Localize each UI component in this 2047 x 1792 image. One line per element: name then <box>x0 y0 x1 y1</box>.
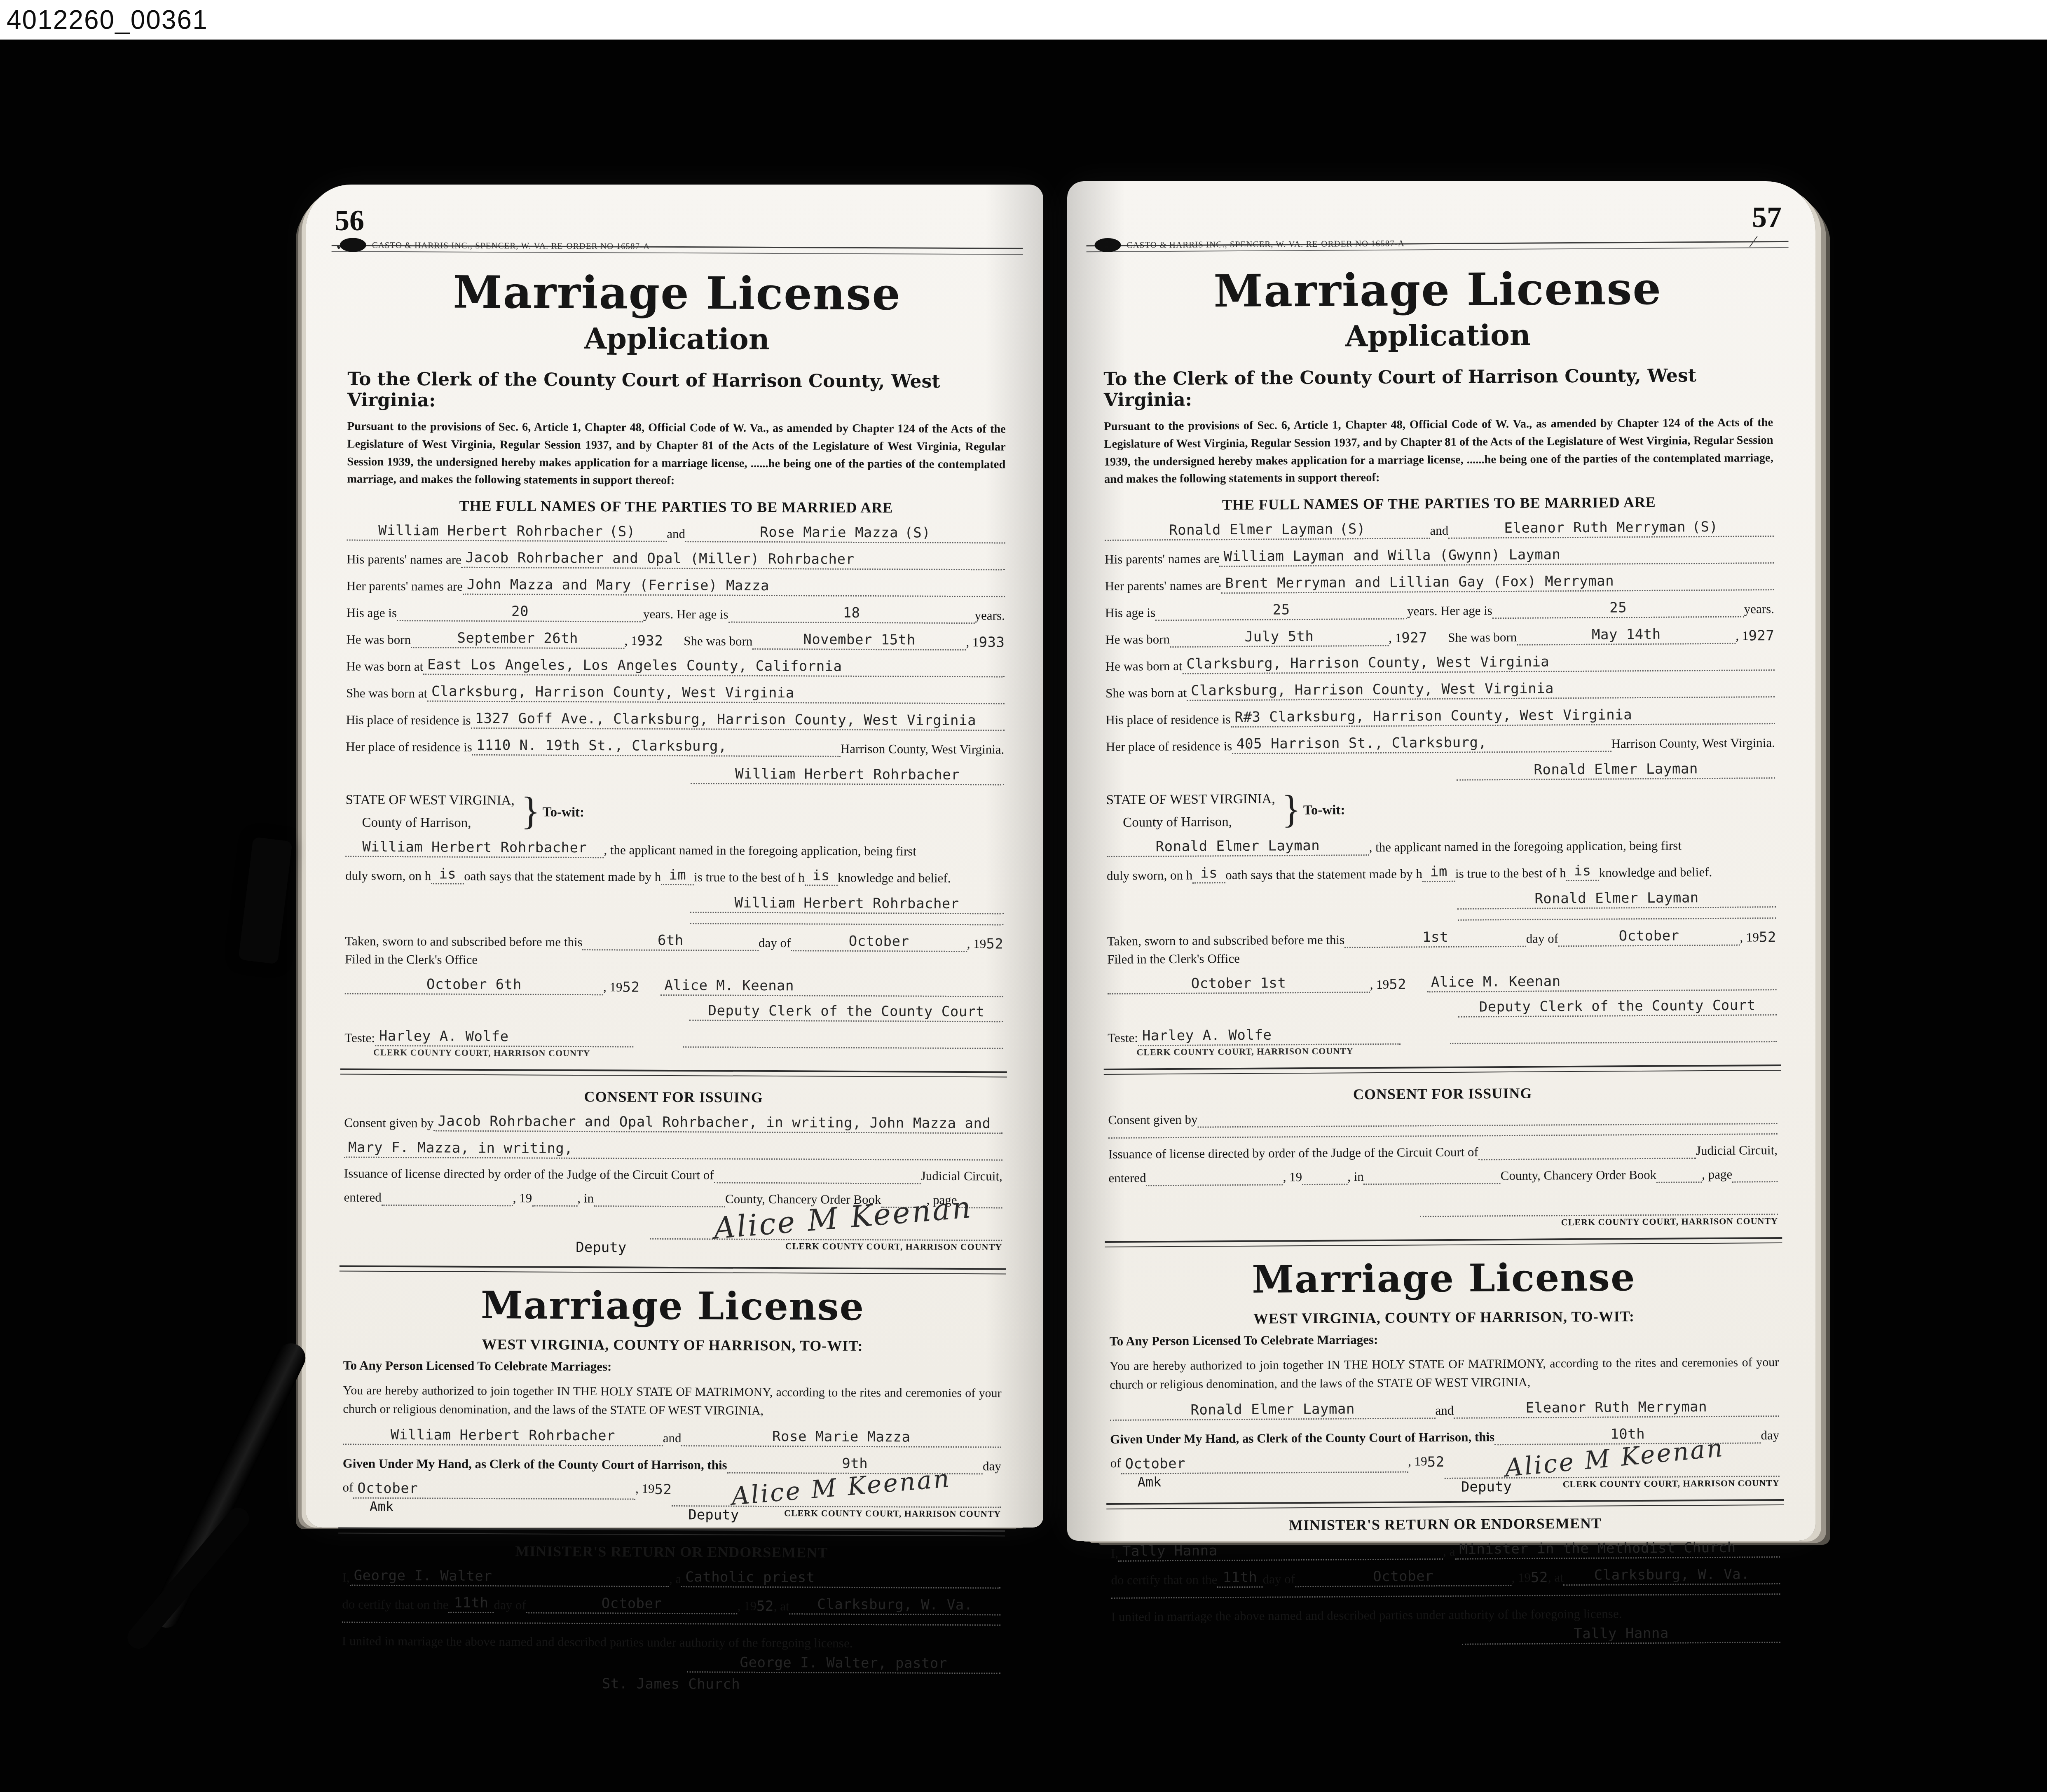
bride-status: (S) <box>904 524 930 541</box>
certify-month: October <box>602 1595 662 1612</box>
certify-month: October <box>1373 1568 1433 1585</box>
clerk-county-small-3: CLERK COUNTY COURT, HARRISON COUNTY <box>784 1508 1001 1524</box>
consent-field-1 <box>1198 1122 1778 1128</box>
she-born-year: 933 <box>979 634 1005 650</box>
she-born-date: May 14th <box>1592 626 1661 643</box>
printed-1: , 1 <box>1389 631 1401 646</box>
her-residence-field: 405 Harrison St., Clarksburg, <box>1232 733 1611 754</box>
page-content: CASTO & HARRIS INC., SPENCER, W. VA. RE-… <box>342 245 1006 1513</box>
she-born-date: November 15th <box>803 631 916 648</box>
license-subhead: WEST VIRGINIA, COUNTY OF HARRISON, TO-WI… <box>1109 1307 1778 1328</box>
years-label: years. <box>975 608 1005 624</box>
clerk-address-r: To the Clerk of the County Court of Harr… <box>1103 365 1773 411</box>
binder-clip-object <box>238 837 293 964</box>
printed-19e: , 19 <box>1511 1570 1531 1586</box>
sworn-prefix: duly sworn, on h <box>1107 868 1193 884</box>
blank-line <box>690 922 1004 925</box>
his-parents-value: William Layman and Willa (Gwynn) Layman <box>1223 546 1560 565</box>
license-groom: Ronald Elmer Layman <box>1190 1401 1355 1418</box>
license-title: Marriage License <box>343 1282 1002 1330</box>
bride-status: (S) <box>1692 519 1718 535</box>
his-parents-field: William Layman and Willa (Gwynn) Layman <box>1219 545 1774 567</box>
parties-row: William Herbert Rohrbacher (S) and Rose … <box>347 522 1005 544</box>
consent-row-1: Consent given by <box>1108 1109 1777 1128</box>
clerk-name-field: Alice M. Keenan <box>1427 972 1777 992</box>
certify-place-field: Clarksburg, W. Va. <box>789 1596 1001 1615</box>
his-age-value: 20 <box>511 603 529 620</box>
entered-label: entered <box>344 1190 382 1206</box>
in-label: , in <box>577 1191 594 1207</box>
given-year: 52 <box>1427 1454 1445 1470</box>
printed-19d: , 19 <box>635 1481 655 1497</box>
printed-19d: , 19 <box>1408 1454 1427 1469</box>
sworn-fill-3: is <box>1566 863 1599 881</box>
section-divider <box>1104 1064 1781 1075</box>
printed-19b: , 19 <box>603 980 623 995</box>
clerk-title-row: Deputy Clerk of the County Court <box>1108 997 1777 1020</box>
day-label: day <box>1761 1428 1779 1443</box>
sworn-im: im <box>1430 863 1447 880</box>
deputy-label: Deputy <box>576 1239 626 1256</box>
given-label: Given Under My Hand, as Clerk of the Cou… <box>343 1456 727 1474</box>
sworn-fill-3: is <box>805 867 838 886</box>
in-label: , in <box>1347 1169 1364 1185</box>
his-parents-label: His parents' names are <box>347 552 461 568</box>
given-day: 10th <box>1610 1426 1645 1443</box>
brace-glyph: } <box>521 793 540 831</box>
her-age-field: 25 <box>1492 599 1744 619</box>
filed-label-row: Filed in the Clerk's Office <box>345 952 1003 971</box>
sworn-fill-1: is <box>1192 865 1225 883</box>
his-residence-row: His place of residence is R#3 Clarksburg… <box>1105 706 1775 728</box>
groom-status: (S) <box>609 523 635 540</box>
book-field <box>1656 1181 1702 1183</box>
taken-day-field: 6th <box>583 932 759 951</box>
residence-signature-row: William Herbert Rohrbacher <box>346 764 1004 786</box>
clerk-name: Alice M. Keenan <box>1431 973 1561 990</box>
he-born-at-label: He was born at <box>346 659 423 675</box>
he-born-at-row: He was born at Clarksburg, Harrison Coun… <box>1105 652 1775 675</box>
sworn-mid-2: is true to the best of h <box>1455 866 1566 882</box>
he-born-date: July 5th <box>1245 628 1314 645</box>
authorize-paragraph: You are hereby authorized to join togeth… <box>343 1381 1001 1421</box>
his-parents-row: His parents' names are William Layman an… <box>1105 545 1774 568</box>
certify-year: 52 <box>756 1598 774 1614</box>
consent-value-2: Mary F. Mazza, in writing, <box>348 1139 573 1157</box>
residence-suffix: Harrison County, West Virginia. <box>841 742 1005 758</box>
teste-label: Teste: <box>344 1031 375 1046</box>
license-groom: William Herbert Rohrbacher <box>391 1427 615 1444</box>
consent-heading: CONSENT FOR ISSUING <box>1108 1083 1777 1104</box>
certify-day-field: 11th <box>1217 1569 1262 1588</box>
entered-county-field <box>594 1205 725 1207</box>
filed-date-field: October 6th <box>345 976 603 996</box>
day-of-label: day of <box>759 936 791 951</box>
her-age-label: years. Her age is <box>643 607 728 623</box>
minister-row: I, George I. Walter , a Catholic priest <box>342 1567 1001 1588</box>
applicant-row: William Herbert Rohrbacher , the applica… <box>345 839 1004 860</box>
license-groom-field: Ronald Elmer Layman <box>1110 1400 1436 1421</box>
taken-month-field: October <box>1558 927 1740 947</box>
clerk-title: Deputy Clerk of the County Court <box>1479 997 1756 1015</box>
she-born-at-field: Clarksburg, Harrison County, West Virgin… <box>427 683 1005 704</box>
teste-name: Harley A. Wolfe <box>379 1028 509 1045</box>
sworn-mid-1: oath says that the statement made by h <box>464 869 661 885</box>
section-divider <box>340 1068 1007 1077</box>
sworn-is-1: is <box>1200 865 1218 881</box>
license-subhead: WEST VIRGINIA, COUNTY OF HARRISON, TO-WI… <box>343 1335 1002 1355</box>
sworn-signature-row: Ronald Elmer Layman <box>1107 889 1776 912</box>
judicial-label: Judicial Circuit, <box>1696 1143 1778 1159</box>
minister-church: St. James Church <box>602 1675 740 1692</box>
section-divider-3 <box>1106 1499 1784 1509</box>
taken-month: October <box>1619 927 1679 944</box>
her-parents-label: Her parents' names are <box>347 579 463 595</box>
consent-field-2: Mary F. Mazza, in writing, <box>344 1139 1002 1161</box>
taken-label: Taken, sworn to and subscribed before me… <box>1107 932 1345 950</box>
photo-background: 56 ✓ CASTO & HARRIS INC., SPENCER, W. VA… <box>0 40 2047 1792</box>
filed-year: 52 <box>622 979 639 995</box>
page-number-value-right: 57 <box>1752 201 1782 234</box>
given-year: 52 <box>655 1481 672 1498</box>
filed-date: October 6th <box>426 976 522 993</box>
given-month-row: of October Amk , 19 52 Alice M Keenan De… <box>342 1480 1001 1524</box>
taken-year: 52 <box>986 936 1003 952</box>
sworn-suffix: knowledge and belief. <box>838 870 951 887</box>
venue-block: STATE OF WEST VIRGINIA, County of Harris… <box>1106 788 1776 830</box>
clerk-initials: Amk <box>370 1499 635 1516</box>
blank-row <box>342 1621 1000 1626</box>
teste-name: Harley A. Wolfe <box>1142 1027 1272 1044</box>
groom-status: (S) <box>1340 521 1365 537</box>
minister-church-row <box>1111 1646 1780 1650</box>
applicant-signature: William Herbert Rohrbacher <box>735 766 960 783</box>
celebrate-row: To Any Person Licensed To Celebrate Marr… <box>1110 1330 1779 1350</box>
record-page-57: 57 ∕ CASTO & HARRIS INC., SPENCER, W. VA… <box>1067 181 1815 1541</box>
clerk-title-field: Deputy Clerk of the County Court <box>1458 997 1777 1018</box>
applicant-name-field: William Herbert Rohrbacher <box>345 839 604 859</box>
residence-suffix: Harrison County, West Virginia. <box>1611 735 1775 752</box>
his-parents-value: Jacob Rohrbacher and Opal (Miller) Rohrb… <box>466 550 855 568</box>
her-age-field: 18 <box>728 604 975 624</box>
minister-signature: Tally Hanna <box>1574 1625 1669 1642</box>
pursuant-paragraph: Pursuant to the provisions of Sec. 6, Ar… <box>347 418 1006 491</box>
her-parents-value: Brent Merryman and Lillian Gay (Fox) Mer… <box>1225 573 1614 592</box>
he-born-at-field: Clarksburg, Harrison County, West Virgin… <box>1182 652 1774 674</box>
license-bride-field: Rose Marie Mazza <box>681 1428 1001 1448</box>
issuance-label: Issuance of license directed by order of… <box>1108 1144 1478 1162</box>
certify-label: do certify that on the <box>342 1597 448 1613</box>
entered-date-field <box>1146 1183 1283 1186</box>
page-number-value: 56 <box>335 204 364 237</box>
certify-day: 11th <box>454 1595 489 1611</box>
blank-line <box>1457 917 1776 921</box>
license-bride: Rose Marie Mazza <box>772 1428 911 1445</box>
her-age-value: 18 <box>843 605 860 621</box>
his-residence-field: R#3 Clarksburg, Harrison County, West Vi… <box>1230 706 1775 728</box>
clerk-county-small-2: CLERK COUNTY COURT, HARRISON COUNTY <box>785 1241 1002 1257</box>
he-born-date: September 26th <box>457 630 578 647</box>
teste-name-field: Harley A. Wolfe <box>1138 1026 1401 1046</box>
his-age-label: His age is <box>347 606 397 622</box>
taken-label: Taken, sworn to and subscribed before me… <box>345 934 583 951</box>
given-day: 9th <box>842 1455 868 1472</box>
applicant-signature: Ronald Elmer Layman <box>1534 760 1698 778</box>
county-label: County of Harrison, <box>362 815 515 831</box>
brace-glyph: } <box>1282 791 1301 829</box>
minister-name: George I. Walter <box>354 1567 492 1584</box>
entered-year-field <box>532 1204 577 1206</box>
groom-name: Ronald Elmer Layman <box>1169 521 1333 538</box>
and-label: and <box>1430 523 1448 539</box>
entered-label: entered <box>1108 1170 1146 1186</box>
celebrate-label: To Any Person Licensed To Celebrate Marr… <box>1110 1332 1378 1350</box>
she-born-label: She was born <box>684 634 752 650</box>
his-age-field: 25 <box>1155 601 1407 621</box>
printer-mark-text: CASTO & HARRIS INC., SPENCER, W. VA. RE-… <box>372 240 650 251</box>
chancery-label: County, Chancery Order Book <box>1501 1167 1657 1184</box>
consent-row-2: Mary F. Mazza, in writing, <box>344 1139 1002 1161</box>
county-label: County of Harrison, <box>1123 814 1275 830</box>
certify-place-field: Clarksburg, W. Va. <box>1564 1566 1780 1586</box>
scan-label-strip: 4012260_00361 <box>0 0 2047 40</box>
taken-sworn-row: Taken, sworn to and subscribed before me… <box>1107 927 1776 950</box>
minister-signature-field: George I. Walter, pastor <box>687 1654 1000 1674</box>
entered-date-field <box>382 1204 513 1206</box>
license-signature-block: Alice M Keenan Deputy CLERK COUNTY COURT… <box>1445 1452 1780 1495</box>
consent-given-label: Consent given by <box>344 1116 433 1132</box>
her-parents-row: Her parents' names are Brent Merryman an… <box>1105 572 1774 594</box>
sworn-mid-1: oath says that the statement made by h <box>1225 866 1422 883</box>
his-residence-label: His place of residence is <box>346 713 471 729</box>
filed-date-row: October 1st , 19 52 Alice M. Keenan <box>1107 972 1776 994</box>
section-divider-2 <box>340 1265 1006 1274</box>
license-and-label: and <box>663 1431 682 1446</box>
day-of-label: day of <box>1526 931 1558 947</box>
she-born-at-field: Clarksburg, Harrison County, West Virgin… <box>1187 679 1775 701</box>
his-age-value: 25 <box>1273 601 1290 618</box>
clerk-title: Deputy Clerk of the County Court <box>708 1002 985 1020</box>
applicant-clause: , the applicant named in the foregoing a… <box>604 842 916 859</box>
sworn-signature-field: Ronald Elmer Layman <box>1457 889 1776 910</box>
teste-row: Teste: Harley A. Wolfe <box>344 1028 1003 1049</box>
her-residence-label: Her place of residence is <box>1106 739 1232 755</box>
printed-1b: , 1 <box>966 635 979 650</box>
her-residence-row: Her place of residence is 405 Harrison S… <box>1106 732 1775 755</box>
printed-1b: , 1 <box>1735 628 1748 644</box>
full-names-heading-r: THE FULL NAMES OF THE PARTIES TO BE MARR… <box>1104 493 1773 514</box>
his-age-field: 20 <box>397 603 643 622</box>
consent-field-2 <box>1108 1132 1778 1139</box>
blank-line-2 <box>1111 1593 1780 1599</box>
taken-sworn-row: Taken, sworn to and subscribed before me… <box>345 931 1003 952</box>
state-label: STATE OF WEST VIRGINIA, <box>346 793 515 809</box>
a-label: , a <box>1443 1544 1455 1560</box>
sworn-signature: William Herbert Rohrbacher <box>735 895 959 912</box>
certify-month-field: October <box>526 1595 738 1614</box>
teste-row: Teste: Harley A. Wolfe <box>1108 1024 1777 1046</box>
page-content-right: CASTO & HARRIS INC., SPENCER, W. VA. RE-… <box>1103 241 1780 1526</box>
sworn-fill-1: is <box>431 866 464 884</box>
years-label: years. <box>1744 601 1774 617</box>
clerk-county-small: CLERK COUNTY COURT, HARRISON COUNTY <box>373 1047 1003 1061</box>
applicant-row: Ronald Elmer Layman , the applicant name… <box>1106 835 1775 857</box>
consent-field-1: Jacob Rohrbacher and Opal Rohrbacher, in… <box>433 1113 1002 1134</box>
printed-19: , 19 <box>967 936 986 952</box>
certify-day-of: day of <box>494 1598 526 1613</box>
birthdates-row: He was born July 5th , 1 927 She was bor… <box>1105 625 1774 648</box>
ages-row: His age is 25 years. Her age is 25 years… <box>1105 599 1774 621</box>
printed-1: , 1 <box>624 633 637 649</box>
he-born-at-value: Clarksburg, Harrison County, West Virgin… <box>1186 653 1549 672</box>
he-born-at-value: East Los Angeles, Los Angeles County, Ca… <box>427 656 842 674</box>
sworn-mid-2: is true to the best of h <box>694 870 805 886</box>
minister-row: I, Tally Hanna , a Minister in the Metho… <box>1111 1539 1780 1562</box>
applicant-name: Ronald Elmer Layman <box>1156 838 1320 855</box>
printed-19b: , 19 <box>1370 977 1389 993</box>
sworn-is-2: is <box>813 867 830 884</box>
his-age-label: His age is <box>1105 605 1155 621</box>
minister-heading: MINISTER'S RETURN OR ENDORSEMENT <box>342 1542 1001 1562</box>
form-subtitle-r: Application <box>1103 316 1773 355</box>
blank-row <box>1111 1593 1780 1599</box>
at-label: , at <box>1548 1570 1564 1586</box>
venue-block: STATE OF WEST VIRGINIA, County of Harris… <box>346 793 1004 833</box>
printed-19e: , 19 <box>737 1599 756 1614</box>
groom-name-field: Ronald Elmer Layman (S) <box>1105 520 1430 541</box>
taken-day-field: 1st <box>1344 929 1526 948</box>
applicant-signature-field: William Herbert Rohrbacher <box>691 765 1004 785</box>
filed-label-row: Filed in the Clerk's Office <box>1107 948 1776 968</box>
license-deputy-label: Deputy <box>1461 1479 1512 1495</box>
his-residence-field: 1327 Goff Ave., Clarksburg, Harrison Cou… <box>471 710 1005 731</box>
filed-date-field: October 1st <box>1107 974 1370 994</box>
bride-name-field: Eleanor Ruth Merryman (S) <box>1448 518 1774 539</box>
section-divider-3 <box>338 1527 1005 1536</box>
filed-label: Filed in the Clerk's Office <box>345 952 478 968</box>
license-groom-field: William Herbert Rohrbacher <box>343 1427 663 1446</box>
groom-name-field: William Herbert Rohrbacher (S) <box>347 522 667 542</box>
minister-signature: George I. Walter, pastor <box>740 1654 947 1672</box>
united-text: I united in marriage the above named and… <box>342 1633 1000 1651</box>
she-born-at-label: She was born at <box>346 686 427 702</box>
issuance-label: Issuance of license directed by order of… <box>344 1166 714 1184</box>
her-residence-label: Her place of residence is <box>346 739 472 756</box>
she-born-date-field: November 15th <box>752 631 966 650</box>
filed-year: 52 <box>1389 976 1406 993</box>
form-subtitle: Application <box>348 321 1006 358</box>
printed-19c: , 19 <box>1283 1170 1302 1185</box>
towit-label: To-wit: <box>1303 802 1345 818</box>
sworn-signature: Ronald Elmer Layman <box>1534 889 1699 907</box>
certify-label: do certify that on the <box>1111 1572 1217 1588</box>
residence-signature-row: Ronald Elmer Layman <box>1106 760 1775 783</box>
his-residence-label: His place of residence is <box>1105 712 1230 728</box>
printer-mark-text-r: CASTO & HARRIS INC., SPENCER, W. VA. RE-… <box>1127 238 1405 250</box>
of-label: of <box>1110 1456 1121 1471</box>
he-born-label: He was born <box>346 632 411 648</box>
sworn-signature-row: William Herbert Rohrbacher <box>345 893 1004 915</box>
she-born-year: 927 <box>1748 627 1774 644</box>
i-label: I, <box>1111 1546 1118 1562</box>
at-label: , at <box>774 1599 789 1614</box>
printed-19c: , 19 <box>513 1191 532 1206</box>
pen-object-2 <box>123 1503 254 1653</box>
consent-row-2 <box>1108 1132 1778 1139</box>
given-month-field: October <box>353 1480 635 1500</box>
given-label: Given Under My Hand, as Clerk of the Cou… <box>1110 1429 1494 1448</box>
printer-mark: CASTO & HARRIS INC., SPENCER, W. VA. RE-… <box>340 238 1007 255</box>
certify-place: Clarksburg, W. Va. <box>1594 1566 1750 1583</box>
printed-19: , 19 <box>1740 930 1759 945</box>
license-signature-block: Alice M Keenan Deputy CLERK COUNTY COURT… <box>672 1481 1001 1524</box>
her-residence-value: 1110 N. 19th St., Clarksburg, <box>476 737 727 755</box>
sworn-row: duly sworn, on h is oath says that the s… <box>1107 861 1776 884</box>
groom-name: William Herbert Rohrbacher <box>378 522 603 540</box>
given-month-row: of October Amk , 19 52 Alice M Keenan De… <box>1110 1452 1780 1497</box>
sworn-signature-field: William Herbert Rohrbacher <box>690 894 1004 914</box>
minister-church-row: St. James Church <box>342 1674 1000 1694</box>
minister-signature-row: George I. Walter, pastor <box>342 1652 1000 1674</box>
taken-month-field: October <box>791 933 967 952</box>
parties-row: Ronald Elmer Layman (S) and Eleanor Ruth… <box>1105 518 1774 541</box>
her-parents-value: John Mazza and Mary (Ferrise) Mazza <box>467 576 769 594</box>
certify-row: do certify that on the 11th day of Octob… <box>1111 1566 1780 1588</box>
she-born-at-row: She was born at Clarksburg, Harrison Cou… <box>1105 679 1775 702</box>
his-parents-label: His parents' names are <box>1105 551 1220 568</box>
taken-year: 52 <box>1759 929 1776 945</box>
issuance-field <box>1478 1157 1696 1160</box>
bride-name-field: Rose Marie Mazza (S) <box>685 524 1005 543</box>
celebrate-label: To Any Person Licensed To Celebrate Marr… <box>343 1358 612 1375</box>
license-bride-field: Eleanor Ruth Merryman <box>1454 1398 1779 1419</box>
sworn-is-2: is <box>1574 863 1591 879</box>
her-parents-field: John Mazza and Mary (Ferrise) Mazza <box>463 576 1005 597</box>
scan-label: 4012260_00361 <box>7 5 208 35</box>
minister-name-field: George I. Walter <box>350 1567 670 1587</box>
her-residence-row: Her place of residence is 1110 N. 19th S… <box>346 737 1004 758</box>
he-born-at-field: East Los Angeles, Los Angeles County, Ca… <box>423 656 1005 677</box>
consent-signature-block: CLERK COUNTY COURT, HARRISON COUNTY <box>1109 1186 1778 1231</box>
she-born-label: She was born <box>1448 630 1517 646</box>
she-born-at-row: She was born at Clarksburg, Harrison Cou… <box>346 683 1005 704</box>
his-residence-value: R#3 Clarksburg, Harrison County, West Vi… <box>1234 707 1632 725</box>
birthdates-row: He was born September 26th , 1 932 She w… <box>346 629 1005 651</box>
certify-month-field: October <box>1295 1567 1512 1587</box>
license-deputy-label: Deputy <box>688 1507 739 1523</box>
license-parties-row: Ronald Elmer Layman and Eleanor Ruth Mer… <box>1110 1398 1779 1421</box>
his-residence-value: 1327 Goff Ave., Clarksburg, Harrison Cou… <box>475 710 976 729</box>
state-label: STATE OF WEST VIRGINIA, <box>1106 791 1275 808</box>
towit-label: To-wit: <box>543 805 585 820</box>
he-born-year: 932 <box>637 633 663 649</box>
given-month: October <box>1125 1455 1185 1472</box>
blank-signature-row <box>1107 917 1776 923</box>
clerk-address: To the Clerk of the County Court of Harr… <box>347 369 1006 414</box>
clerk-county-small-2: CLERK COUNTY COURT, HARRISON COUNTY <box>1561 1216 1778 1228</box>
taken-day: 6th <box>658 932 684 949</box>
entered-row: entered , 19 , in County, Chancery Order… <box>1108 1167 1778 1186</box>
he-born-date-field: July 5th <box>1170 628 1389 648</box>
page-label: , page <box>1702 1167 1732 1183</box>
license-title: Marriage License <box>1109 1254 1779 1303</box>
sworn-fill-2: im <box>1422 863 1455 882</box>
i-label: I, <box>342 1570 350 1586</box>
blank-signature-row <box>345 921 1004 926</box>
applicant-name: William Herbert Rohrbacher <box>362 839 587 856</box>
he-born-label: He was born <box>1105 632 1170 648</box>
sworn-suffix: knowledge and belief. <box>1599 865 1712 881</box>
